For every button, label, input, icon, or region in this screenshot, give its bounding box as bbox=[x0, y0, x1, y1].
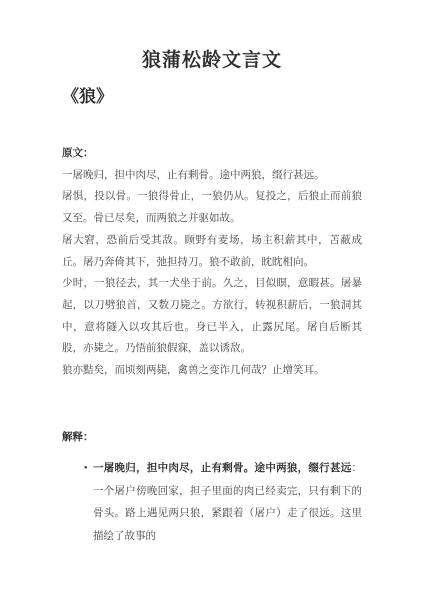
explanation-term: 一屠晚归，担中肉尽，止有剩骨。途中两狼，缀行甚远 bbox=[93, 463, 352, 474]
book-title: 《狼》 bbox=[62, 87, 362, 107]
explanation-definition: 一个屠户傍晚回家，担子里面的肉已经卖完，只有剩下的骨头。路上遇见两只狼，紧跟着（… bbox=[93, 486, 362, 542]
original-paragraph-2: 屠惧，投以骨。一狼得骨止，一狼仍从。复投之，后狼止而前狼又至。骨已尽矣，而两狼之… bbox=[62, 186, 362, 229]
explanation-list-item: • 一屠晚归，担中肉尽，止有剩骨。途中两狼，缀行甚远：一个屠户傍晚回家，担子里面… bbox=[62, 458, 362, 548]
original-label: 原文： bbox=[62, 143, 362, 165]
original-paragraph-3: 屠大窘，恐前后受其敌。顾野有麦场，场主积薪其中，苫蔽成丘。屠乃奔倚其下，弛担持刀… bbox=[62, 230, 362, 273]
original-paragraph-1: 一屠晚归，担中肉尽，止有剩骨。途中两狼，缀行甚远。 bbox=[62, 165, 362, 187]
explanation-separator: ： bbox=[352, 463, 363, 474]
explanation-section: 解释： • 一屠晚归，担中肉尽，止有剩骨。途中两狼，缀行甚远：一个屠户傍晚回家，… bbox=[62, 427, 362, 549]
original-text-section: 原文： 一屠晚归，担中肉尽，止有剩骨。途中两狼，缀行甚远。 屠惧，投以骨。一狼得… bbox=[62, 143, 362, 382]
document-title: 狼蒲松龄文言文 bbox=[62, 50, 362, 72]
explanation-text: 一屠晚归，担中肉尽，止有剩骨。途中两狼，缀行甚远：一个屠户傍晚回家，担子里面的肉… bbox=[93, 458, 362, 548]
document-page: 狼蒲松龄文言文 《狼》 原文： 一屠晚归，担中肉尽，止有剩骨。途中两狼，缀行甚远… bbox=[0, 0, 424, 600]
explanation-label: 解释： bbox=[62, 427, 362, 450]
original-paragraph-4: 少时，一狼径去，其一犬坐于前。久之，目似瞑，意暇甚。屠暴起，以刀劈狼首，又数刀毙… bbox=[62, 273, 362, 360]
bullet-icon: • bbox=[62, 458, 93, 481]
original-paragraph-5: 狼亦黠矣，而顷刻两毙，禽兽之变诈几何哉？止增笑耳。 bbox=[62, 360, 362, 382]
